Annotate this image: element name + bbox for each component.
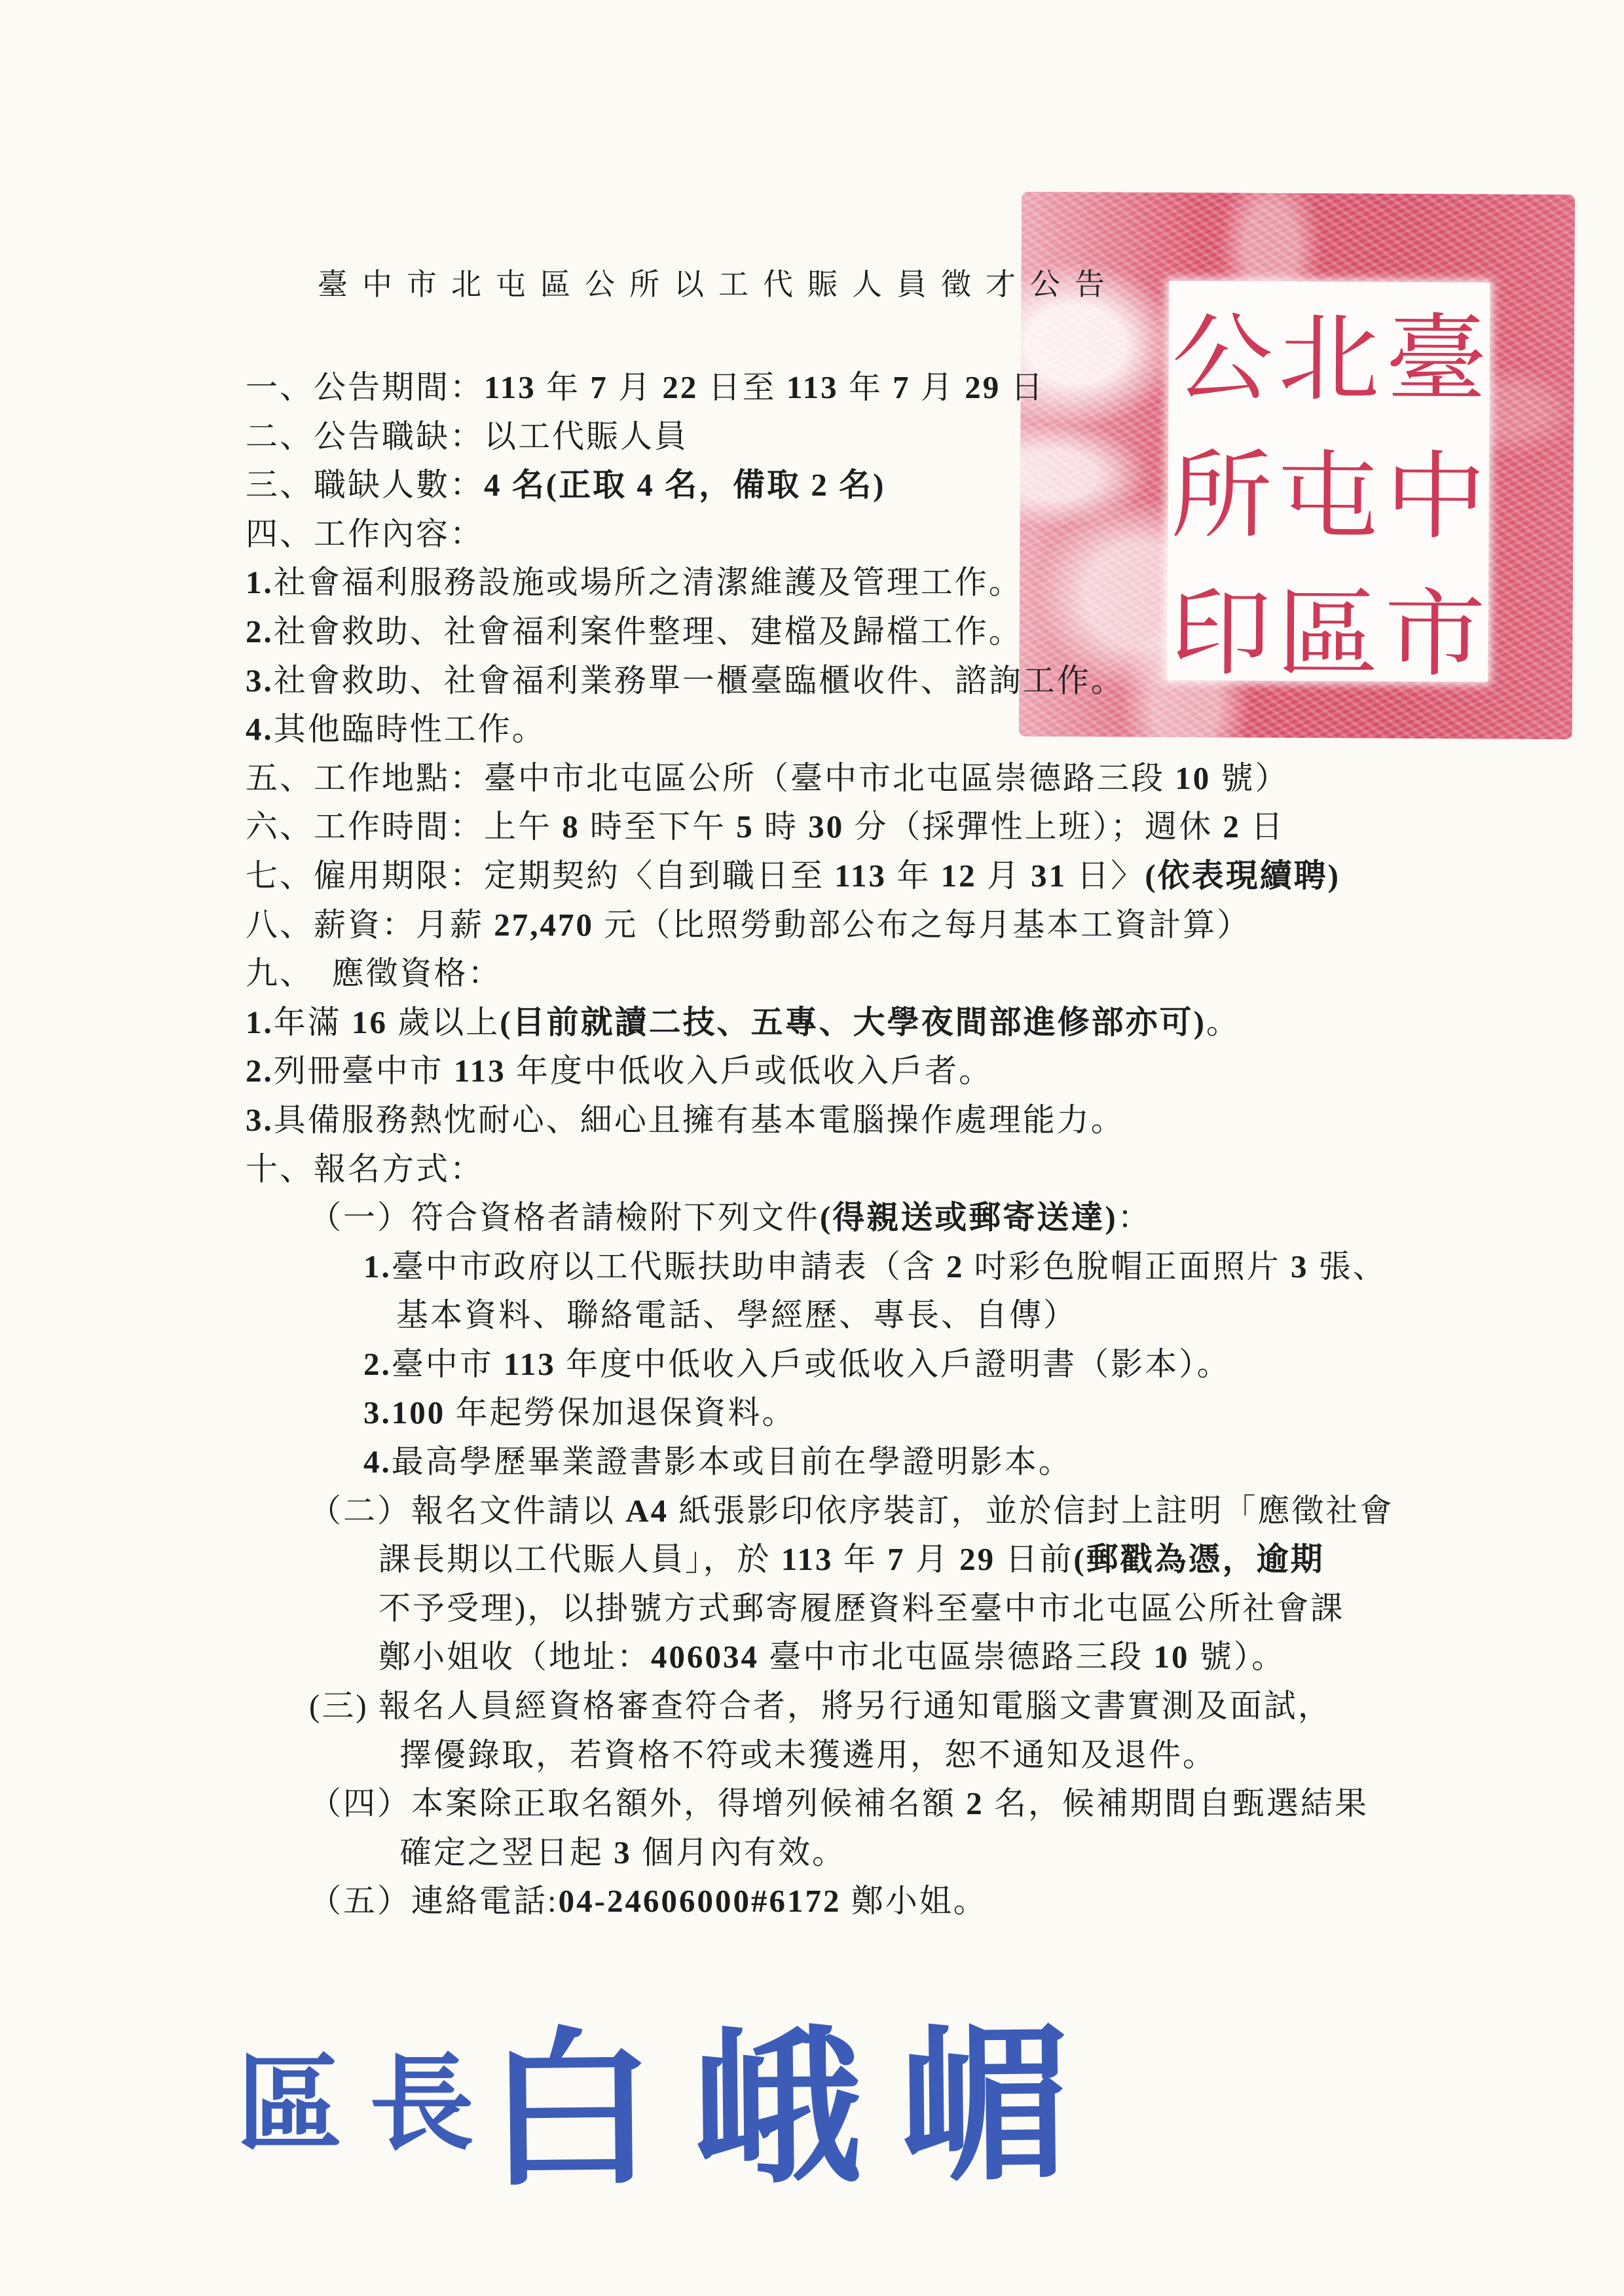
signature-role-label: 區長 [237,2020,502,2170]
document-line: 不予受理)，以掛號方式郵寄履歷資料至臺中市北屯區公所社會課 [0,1584,1624,1633]
document-line: 三、職缺人數：4 名(正取 4 名，備取 2 名) [0,461,1624,510]
document-lines: 一、公告期間：113 年 7 月 22 日至 113 年 7 月 29 日二、公… [0,363,1624,1926]
document-line: 1.臺中市政府以工代賑扶助申請表（含 2 吋彩色脫帽正面照片 3 張、 [0,1243,1624,1292]
document-line: 2.社會救助、社會福利案件整理、建檔及歸檔工作。 [0,608,1624,657]
signature-name: 白峨嵋 [485,1969,1108,2218]
document-line: 一、公告期間：113 年 7 月 22 日至 113 年 7 月 29 日 [0,363,1624,412]
document-line: （一）符合資格者請檢附下列文件(得親送或郵寄送達)： [0,1194,1624,1243]
document-line: 擇優錄取，若資格不符或未獲遴用，恕不通知及退件。 [0,1731,1624,1780]
document-line: 4.其他臨時性工作。 [0,705,1624,754]
document-line: 四、工作內容： [0,510,1624,559]
document-line: 課長期以工代賑人員」，於 113 年 7 月 29 日前(郵戳為憑，逾期 [0,1535,1624,1584]
document-line: 七、僱用期限：定期契約〈自到職日至 113 年 12 月 31 日〉(依表現續聘… [0,852,1624,901]
document-line: 十、報名方式： [0,1145,1624,1194]
document-line: （四）本案除正取名額外，得增列候補名額 2 名，候補期間自甄選結果 [0,1779,1624,1829]
document-line: 二、公告職缺：以工代賑人員 [0,412,1624,462]
document-line: 4.最高學歷畢業證書影本或目前在學證明影本。 [0,1438,1624,1487]
document-line: 1.社會福利服務設施或場所之清潔維護及管理工作。 [0,558,1624,608]
document-line: 九、 應徵資格： [0,949,1624,998]
page-title: 臺中市北屯區公所以工代賑人員徵才公告 [318,261,1119,304]
document-line: 2.臺中市 113 年度中低收入戶或低收入戶證明書（影本）。 [0,1340,1624,1389]
document-line: 3.社會救助、社會福利業務單一櫃臺臨櫃收件、諮詢工作。 [0,657,1624,706]
document-line: 2.列冊臺中市 113 年度中低收入戶或低收入戶者。 [0,1047,1624,1096]
document-line: 八、薪資：月薪 27,470 元（比照勞動部公布之每月基本工資計算） [0,901,1624,950]
document-line: 基本資料、聯絡電話、學經歷、專長、自傳） [0,1291,1624,1340]
document-line: （五）連絡電話:04-24606000#6172 鄭小姐。 [0,1877,1624,1926]
document-line: 確定之翌日起 3 個月內有效。 [0,1829,1624,1878]
document-line: 鄭小姐收（地址：406034 臺中市北屯區崇德路三段 10 號）。 [0,1633,1624,1682]
document-line: 3.具備服務熱忱耐心、細心且擁有基本電腦操作處理能力。 [0,1096,1624,1145]
document-line: （二）報名文件請以 A4 紙張影印依序裝訂，並於信封上註明「應徵社會 [0,1487,1624,1536]
document-line: 六、工作時間：上午 8 時至下午 5 時 30 分（採彈性上班）；週休 2 日 [0,803,1624,852]
document-line: 1.年滿 16 歲以上(目前就讀二技、五專、大學夜間部進修部亦可)。 [0,998,1624,1048]
scanned-announcement-page: 臺中市北屯區公所印 臺中市北屯區公所以工代賑人員徵才公告 一、公告期間：113 … [0,0,1624,2296]
document-line: 五、工作地點：臺中市北屯區公所（臺中市北屯區崇德路三段 10 號） [0,754,1624,803]
document-line: (三) 報名人員經資格審查符合者，將另行通知電腦文書實測及面試， [0,1682,1624,1731]
document-line: 3.100 年起勞保加退保資料。 [0,1389,1624,1438]
